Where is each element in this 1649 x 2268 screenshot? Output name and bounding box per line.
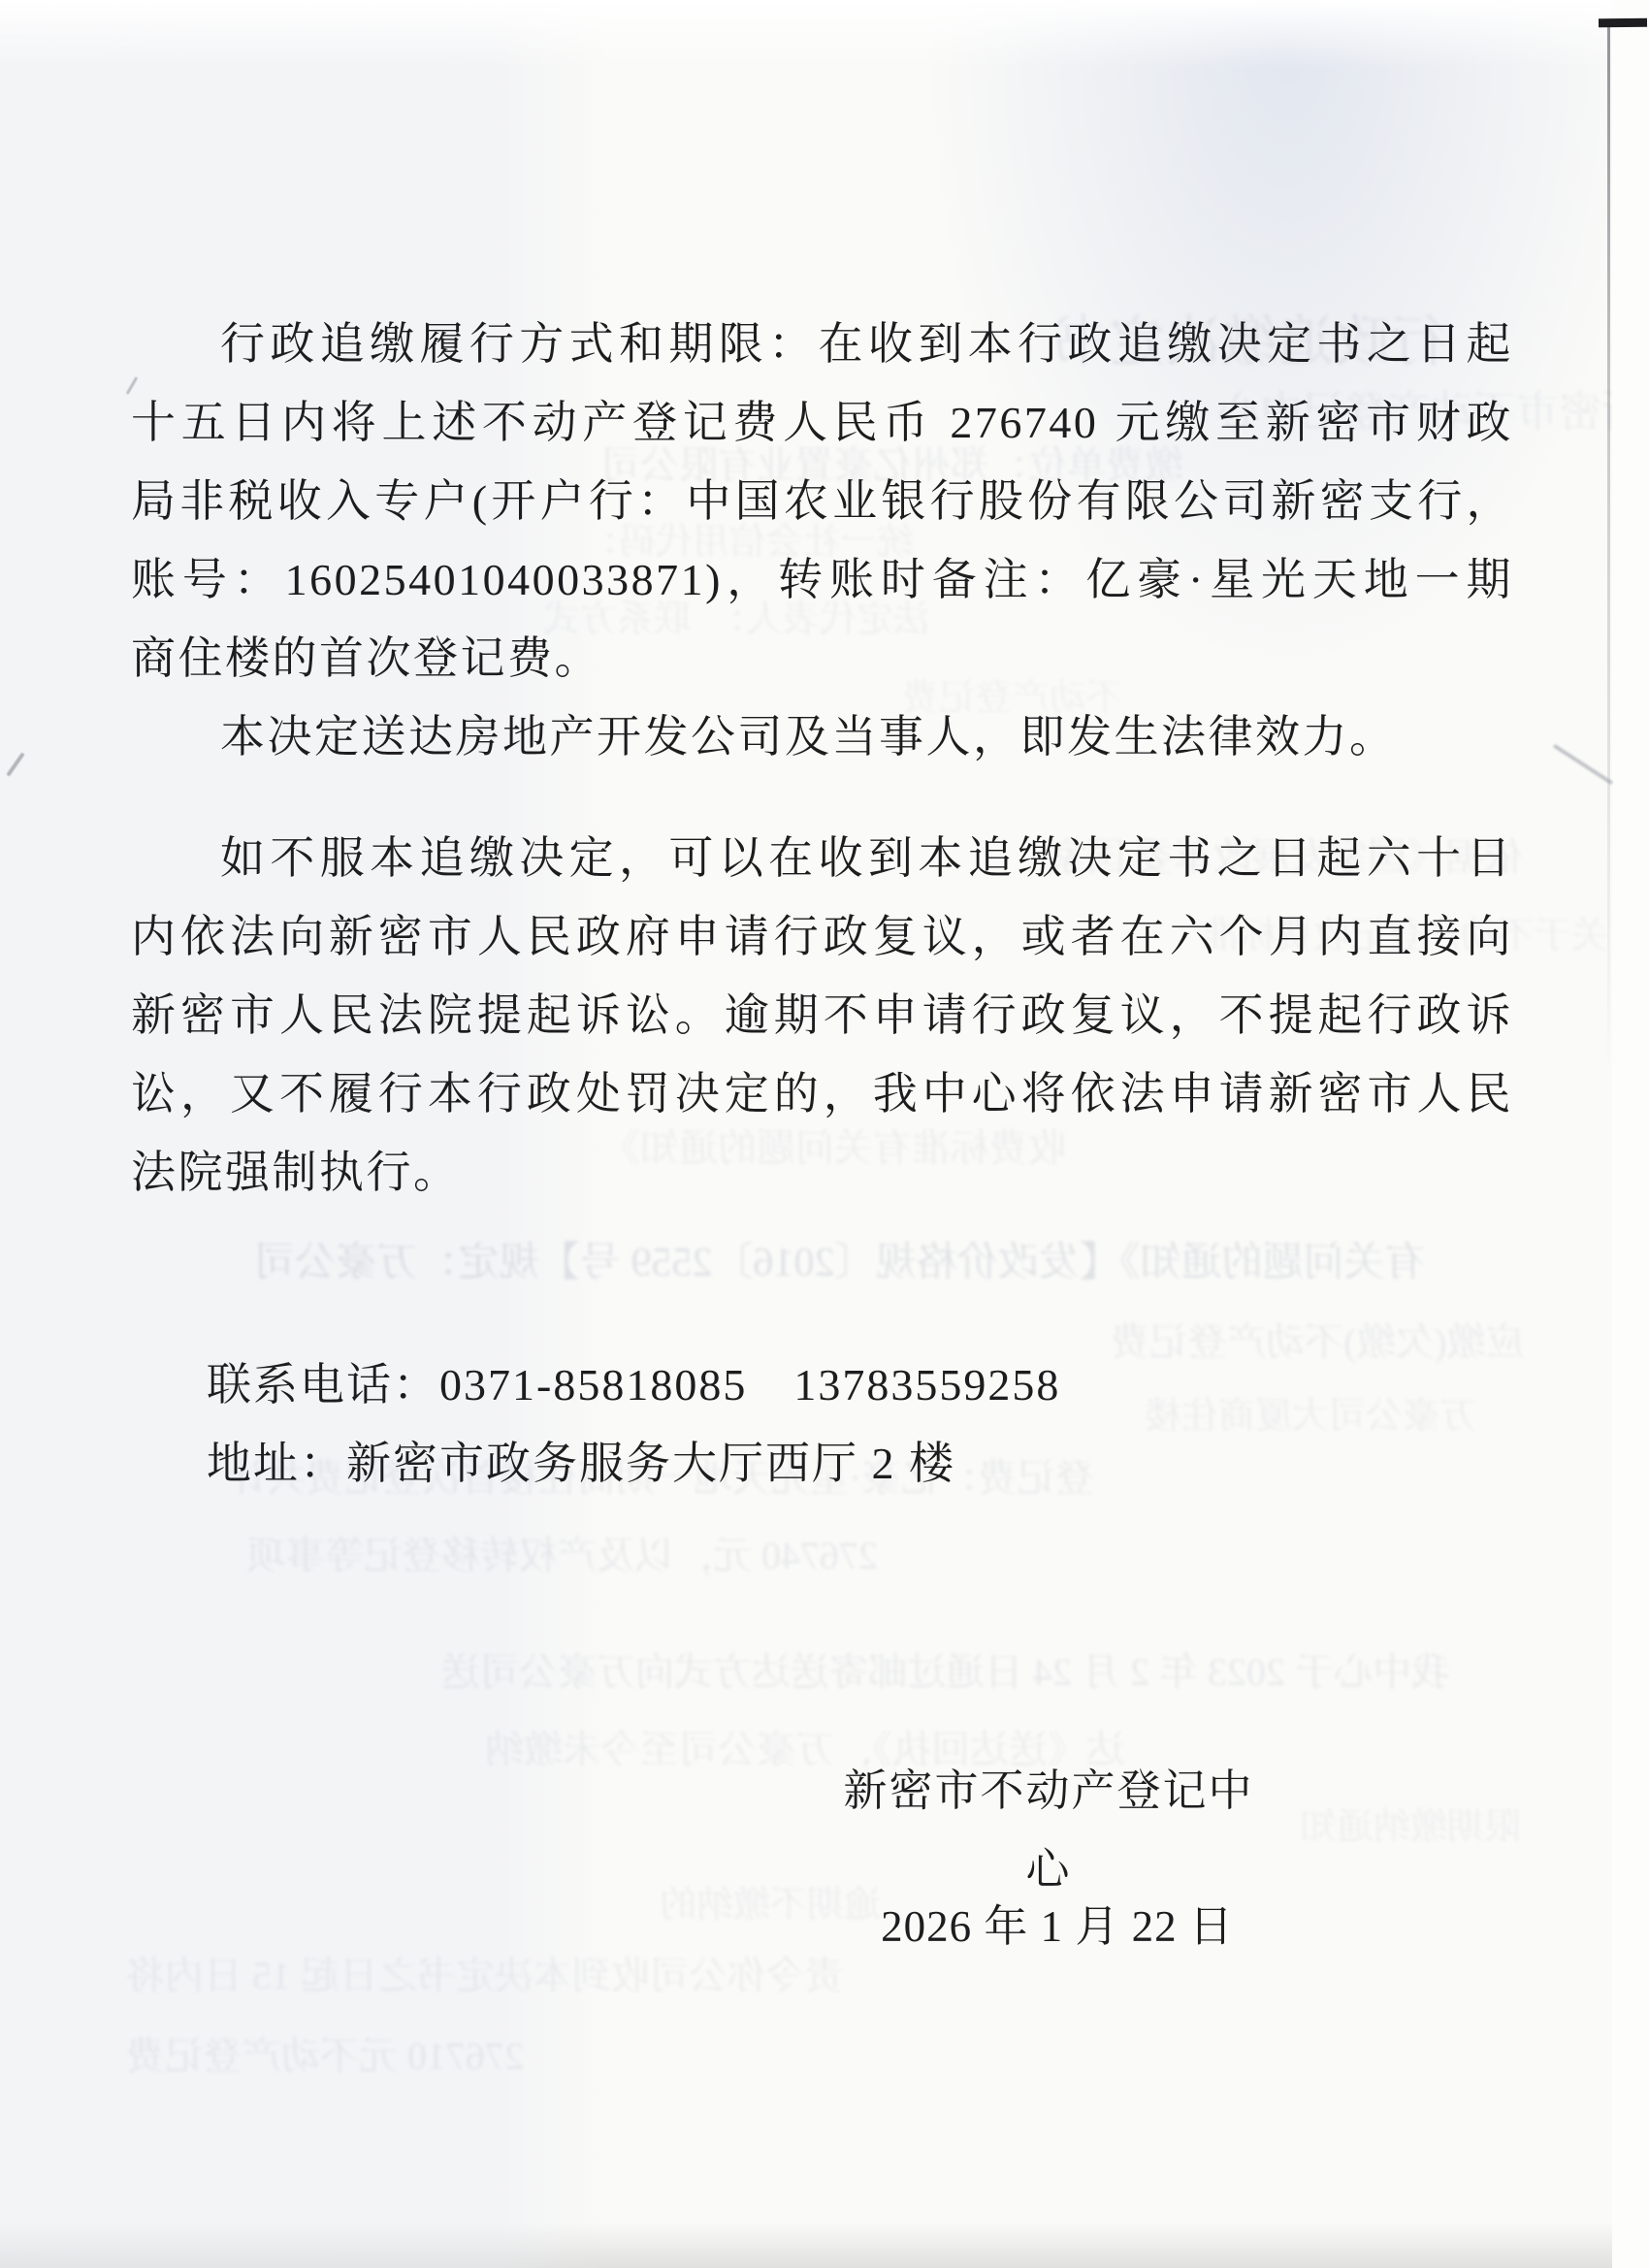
scanned-document-page: { "doc": { "lines": [ { "text": "行政追缴履行方…: [0, 0, 1649, 2268]
text-line: 账号：16025401040033871)，转账时备注：亿豪·星光天地一期: [131, 540, 1513, 619]
contact-address-line: 地址：新密市政务服务大厅西厅 2 楼: [131, 1424, 1513, 1503]
text-line: 内依法向新密市人民政府申请行政复议，或者在六个月内直接向: [131, 897, 1513, 976]
text-line: 局非税收入专户(开户行：中国农业银行股份有限公司新密支行，: [131, 462, 1513, 540]
text-line: 行政追缴履行方式和期限：在收到本行政追缴决定书之日起: [131, 305, 1513, 383]
signature-date: 2026 年 1 月 22 日: [834, 1888, 1280, 1966]
text-line: 讼，又不履行本行政处罚决定的，我中心将依法申请新密市人民: [131, 1054, 1513, 1133]
text-line: 如不服本追缴决定，可以在收到本追缴决定书之日起六十日: [131, 819, 1513, 897]
bleedthrough-text: 限期缴纳通知: [1300, 1797, 1521, 1850]
scan-edge-line: [1607, 27, 1610, 1075]
bleedthrough-text: 我中心于 2023 年 2 月 24 日通过邮寄送达方式向万豪公司送: [441, 1641, 1450, 1697]
scan-right-strip: [1612, 0, 1649, 2268]
scan-smudge-right: [1553, 744, 1614, 786]
text-line: 十五日内将上述不动产登记费人民币 276740 元缴至新密市财政: [131, 383, 1513, 462]
paper-background: 行政追缴决定书新密市不动产登记中心缴费单位：郑州亿豪置业有限公司统一社会信用代码…: [0, 0, 1649, 2268]
text-line: 法院强制执行。: [131, 1133, 1513, 1212]
bleedthrough-text: 276740 元，以及产权转移登记等事项: [247, 1525, 878, 1580]
text-line: 商住楼的首次登记费。: [131, 619, 1513, 697]
bleedthrough-text: 276710 元不动产登记费: [126, 2025, 524, 2081]
scan-smudge-left: [6, 752, 24, 776]
scan-edge-dash: [1599, 18, 1647, 28]
contact-phone-line: 联系电话：0371-85818085 13783559258: [131, 1345, 1513, 1424]
text-line: 本决定送达房地产开发公司及当事人，即发生法律效力。: [131, 697, 1513, 776]
signature-organization: 新密市不动产登记中心: [824, 1752, 1273, 1831]
document-body: 行政追缴履行方式和期限：在收到本行政追缴决定书之日起 十五日内将上述不动产登记费…: [131, 305, 1513, 1503]
contact-block: 联系电话：0371-85818085 13783559258 地址：新密市政务服…: [131, 1345, 1513, 1503]
text-line: 新密市人民法院提起诉讼。逾期不申请行政复议，不提起行政诉: [131, 976, 1513, 1054]
bleedthrough-text: 责令你公司收到本决定书之日起 15 日内将: [126, 1945, 844, 2000]
